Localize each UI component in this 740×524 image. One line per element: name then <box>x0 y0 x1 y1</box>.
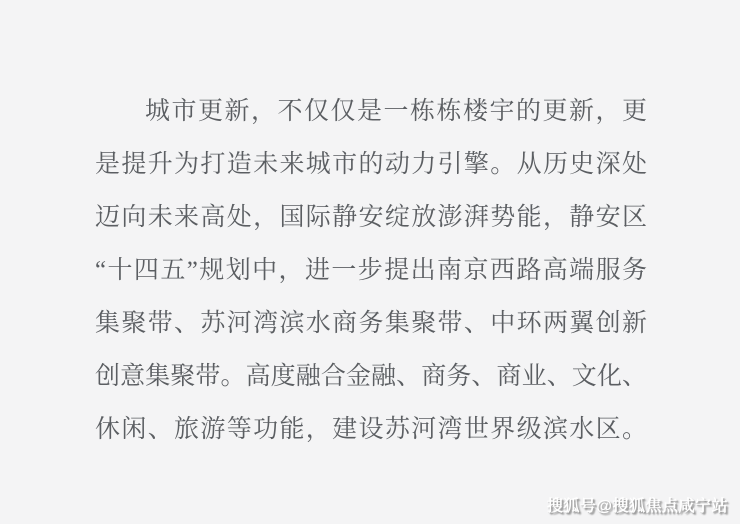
sohu-watermark-text: 搜狐号@搜狐焦点咸宁站 <box>547 498 728 515</box>
page: { "colors": { "background": "#f4f4f5", "… <box>0 0 740 524</box>
paragraph-line-3: 迈向未来高处，国际静安绽放澎湃势能，静安区 <box>95 191 647 244</box>
paragraph-line-6: 创意集聚带。高度融合金融、商务、商业、文化、 <box>95 350 647 403</box>
paragraph-line-2: 是提升为打造未来城市的动力引擎。从历史深处 <box>95 138 647 191</box>
paragraph-line-1: 城市更新，不仅仅是一栋栋楼宇的更新，更 <box>95 85 647 138</box>
sohu-watermark: 搜狐号@搜狐焦点咸宁站 搜狐号@搜狐焦点咸宁站 <box>547 497 728 517</box>
article-paragraph: 城市更新，不仅仅是一栋栋楼宇的更新，更 是提升为打造未来城市的动力引擎。从历史深… <box>95 85 647 456</box>
paragraph-line-5: 集聚带、苏河湾滨水商务集聚带、中环两翼创新 <box>95 297 647 350</box>
paragraph-line-4: “十四五”规划中，进一步提出南京西路高端服务 <box>95 244 647 297</box>
paragraph-line-7: 休闲、旅游等功能，建设苏河湾世界级滨水区。 <box>95 403 647 456</box>
